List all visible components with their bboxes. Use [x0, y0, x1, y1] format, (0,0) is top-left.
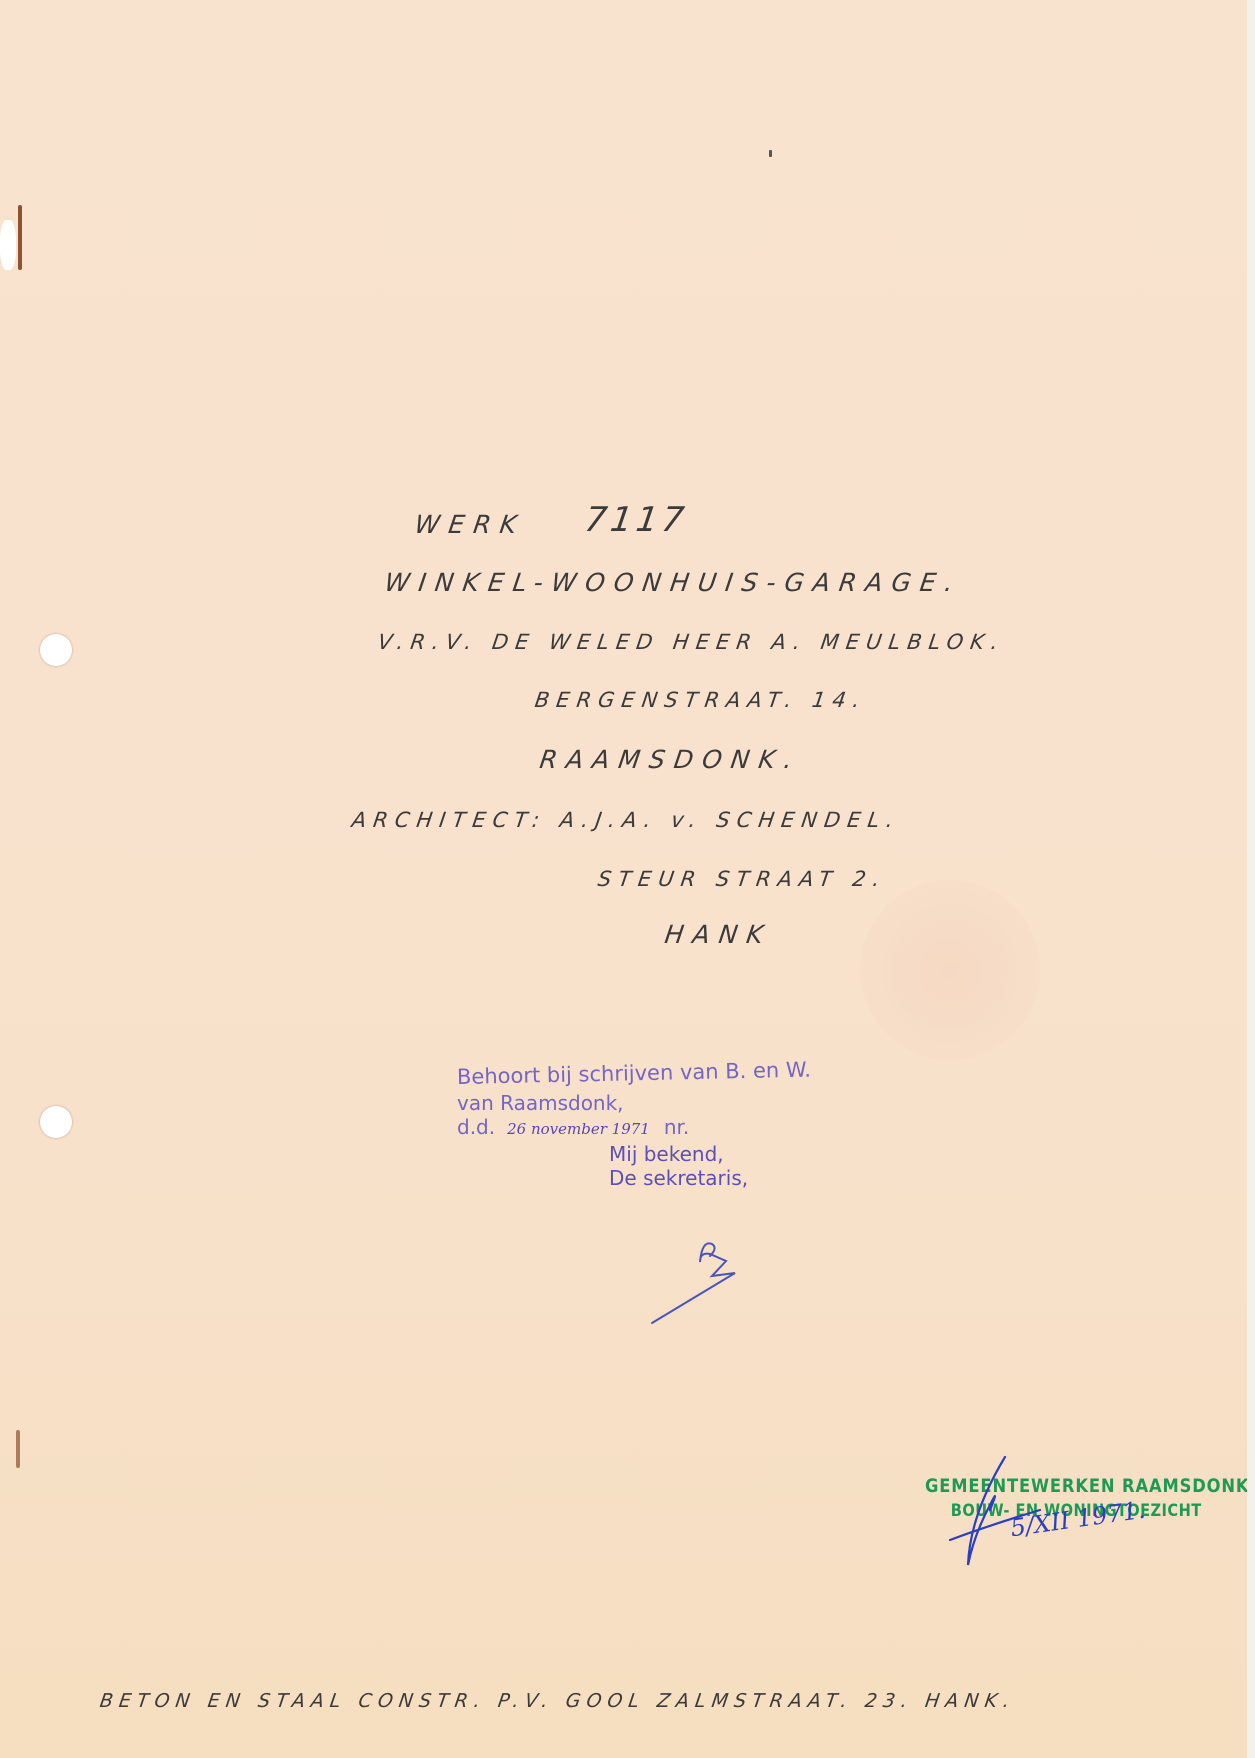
- stamp-nr-label: nr.: [664, 1115, 689, 1139]
- punch-hole-upper: [40, 634, 72, 666]
- punch-hole-lower: [40, 1106, 72, 1138]
- stamp-handwritten-date: 26 november 1971: [507, 1120, 650, 1138]
- stamp-line-3: d.d.26 november 1971nr.: [457, 1115, 689, 1141]
- torn-edge-top: [0, 220, 16, 270]
- stamp-dd-label: d.d.: [457, 1115, 495, 1139]
- client-city: RAAMSDONK.: [538, 745, 803, 774]
- stamp-line-4: Mij bekend,: [609, 1142, 724, 1166]
- paper-speck: [769, 150, 772, 157]
- architect-line: ARCHITECT: A.J.A. v. SCHENDEL.: [350, 808, 901, 832]
- werk-number: 7117: [582, 500, 690, 540]
- rust-mark-top: [18, 205, 22, 270]
- rust-mark-bottom: [16, 1430, 20, 1468]
- secretary-signature: [640, 1228, 750, 1328]
- document-page: WERK 7117 WINKEL-WOONHUIS-GARAGE. V.R.V.…: [0, 0, 1247, 1758]
- client-line: V.R.V. DE WELED HEER A. MEULBLOK.: [376, 630, 1006, 654]
- werk-label: WERK: [413, 510, 527, 539]
- stamp-line-1: Behoort bij schrijven van B. en W.: [457, 1058, 811, 1089]
- scan-edge: [1247, 0, 1255, 1758]
- stamp-line-5: De sekretaris,: [609, 1166, 748, 1190]
- werk-number-text: 7117: [582, 500, 690, 540]
- constructor-footer: BETON EN STAAL CONSTR. P.V. GOOL ZALMSTR…: [98, 1690, 1016, 1712]
- stamp-line-2: van Raamsdonk,: [457, 1091, 624, 1115]
- client-street: BERGENSTRAAT. 14.: [533, 688, 868, 712]
- architect-city: HANK: [663, 920, 774, 949]
- project-description: WINKEL-WOONHUIS-GARAGE.: [383, 568, 964, 597]
- werk-label-text: WERK: [413, 510, 527, 539]
- architect-street: STEUR STRAAT 2.: [596, 867, 888, 891]
